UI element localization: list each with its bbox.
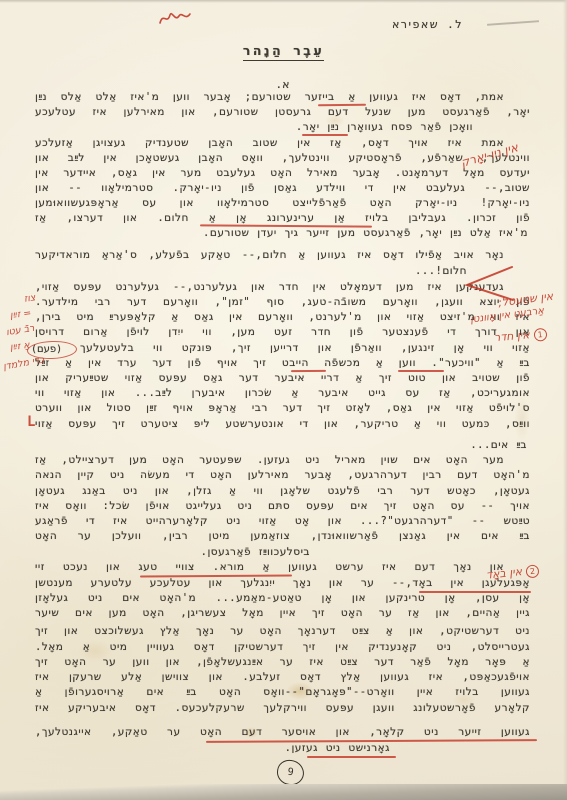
scanned-typescript-page: { "document": { "author": "ל. שאפירא", "… — [0, 0, 567, 800]
body-line: פֿון זכרון. געבליבן בלויז אַן ערינערונג … — [35, 212, 530, 225]
body-line: אויפֿגעכאַפּט, איז געווען אַלץ דאָס זעלב… — [35, 671, 530, 684]
body-line: נאָר אויב אַפֿילו דאָס איז געווען אַ חלו… — [35, 249, 530, 262]
body-line: אמת, דאָס איז געווען אַ בייזער שטורעם; א… — [35, 91, 530, 104]
scan-edge-right — [563, 0, 567, 800]
body-line: געדענקען איז מען דעמאָלט אין חדר און געל… — [35, 281, 530, 294]
body-line: אויך -- עס האָט זיך אים עפּעס סתּם ניט ג… — [35, 500, 530, 513]
body-line: געטאָן, כאָטש דער רבי פֿלעגט שלאָגן ווי … — [35, 485, 530, 498]
body-line: מער האָט אים שוין מאריל ניט געזען. שפּעט… — [35, 454, 530, 467]
body-line: ביסלעכווײַז פֿאַרגעסן. — [35, 546, 530, 559]
body-line: בײַ אים... — [35, 439, 530, 452]
margin-l-mark: L — [27, 414, 35, 430]
body-line: ווינטלעך, שאַרפֿע, פֿראָסטיקע ווינטלעך, … — [35, 152, 530, 165]
body-line: קלאָרע פֿאָרשטעלונג וועגן עפּעס ווירקלעך… — [35, 702, 530, 715]
body-line: יעדעס מאָל דערמאָנט. אָבער מאירל האָט גע… — [35, 167, 530, 180]
body-line: אומגעריכט, אַז עס גייט איבער אַ שׂכרון א… — [35, 387, 530, 400]
margin-note-left-1: צוז — [23, 292, 36, 305]
scan-edge-bottom — [0, 784, 567, 800]
body-line: פֿון שטויב און טוט זיך אַ דריי איבער דער… — [35, 372, 530, 385]
body-line: געווען בלויז איין וואָרט--"פּאָגראָם"--ו… — [35, 686, 530, 699]
scan-edge-top — [0, 0, 567, 3]
body-line: און נאָך דעם איז ערשט געווען אַ מורא. צו… — [35, 561, 530, 574]
body-line: געטרייסלט, ניט קאָנענדיק אין זיך דערשטיק… — [35, 641, 530, 654]
red-underline — [307, 756, 396, 758]
section-marker: א. — [35, 78, 530, 91]
body-line: מ'האָט דעם רבין דערהרגעט, אָבער מאירלען … — [35, 469, 530, 482]
body-line: און דורך די פֿענצטער פֿון חדר זעט מען, ו… — [35, 326, 530, 339]
red-scribble-icon — [158, 7, 192, 29]
red-underline — [419, 591, 531, 593]
body-line: טײַטש -- "דערהרגעט"?... און אָט אַזוי ני… — [35, 515, 530, 528]
author-name: ל. שאפירא — [391, 18, 463, 31]
body-line: גיין אַהיים, און אַז ער האָט זיך איין מא… — [35, 607, 530, 620]
body-line: אַזוי ווי אָן זינגען, וואַרפֿן און דרייע… — [35, 342, 530, 355]
body-line: בײַ אים אין גאַנצן פֿאַרשוואוּנדן, צוזאַ… — [35, 530, 530, 543]
body-line: פֿון יוצא וועגן, וואָרעם משובֿה-טעג, סוף… — [35, 296, 530, 309]
body-line: שטוב,-- געלעבט אין די ווילדע גאַסן פֿון … — [35, 182, 530, 195]
body-line: אָפּגעלעגן אין באָד,-- ער און נאָך ייִנג… — [35, 577, 530, 590]
circled-number-1: 1 — [533, 327, 547, 341]
body-line: ניט דערשטיקט, און אַ צײַט דערנאָך האָט ע… — [35, 625, 530, 638]
body-line: ווײַס, כּמעט ווי אַ טריקער, און די אונטע… — [35, 418, 530, 431]
body-line: ס'לויפֿט אַזוי אין גאַס, לאָזט זיך דער ר… — [35, 402, 530, 415]
circled-number-2: 2 — [525, 564, 539, 578]
body-line: מ'איז אַלט נײַן יאָר, פֿאַרגעסט מען זייע… — [35, 227, 530, 240]
body-line: איז ווי מ'זיצט אַזוי און מ'לערנט, וואָרע… — [35, 311, 530, 324]
red-underline — [302, 134, 348, 136]
red-underline — [398, 370, 444, 372]
body-line: יאָר, פֿאַרגעסט מען שנעל דעם גרעסטן שטור… — [35, 106, 530, 119]
body-line: אַ פּאָר מאָל פֿאַר דער צײַט איז ער אײַנ… — [35, 656, 530, 669]
body-line: גאָרנישט ניט געזען. — [35, 742, 530, 755]
body-line: בײַ אַ "וויכער". ווען אַ מכשפֿה הייבט זי… — [35, 357, 530, 370]
body-line: וואָכן פֿאַר פסח געוואָרן נײַן יאָר. — [35, 121, 530, 134]
body-line: געווען זייער ניט קלאָר, און אויסער דעם ה… — [35, 726, 530, 739]
body-line: אָן עסן, אָן טרינקען און אָן טאַטע-מאַמע… — [35, 592, 530, 605]
page-title: עֵבֶר הַנָהר — [0, 43, 567, 58]
body-line: חלום!... — [35, 265, 530, 278]
body-line: אמת איז אויך דאָס, אַז אין שטוב האָבן שט… — [35, 137, 530, 150]
body-line: ניו-יאָרק! ניו-יאָרק האָט פֿאַרפֿלייצט ס… — [35, 197, 530, 210]
